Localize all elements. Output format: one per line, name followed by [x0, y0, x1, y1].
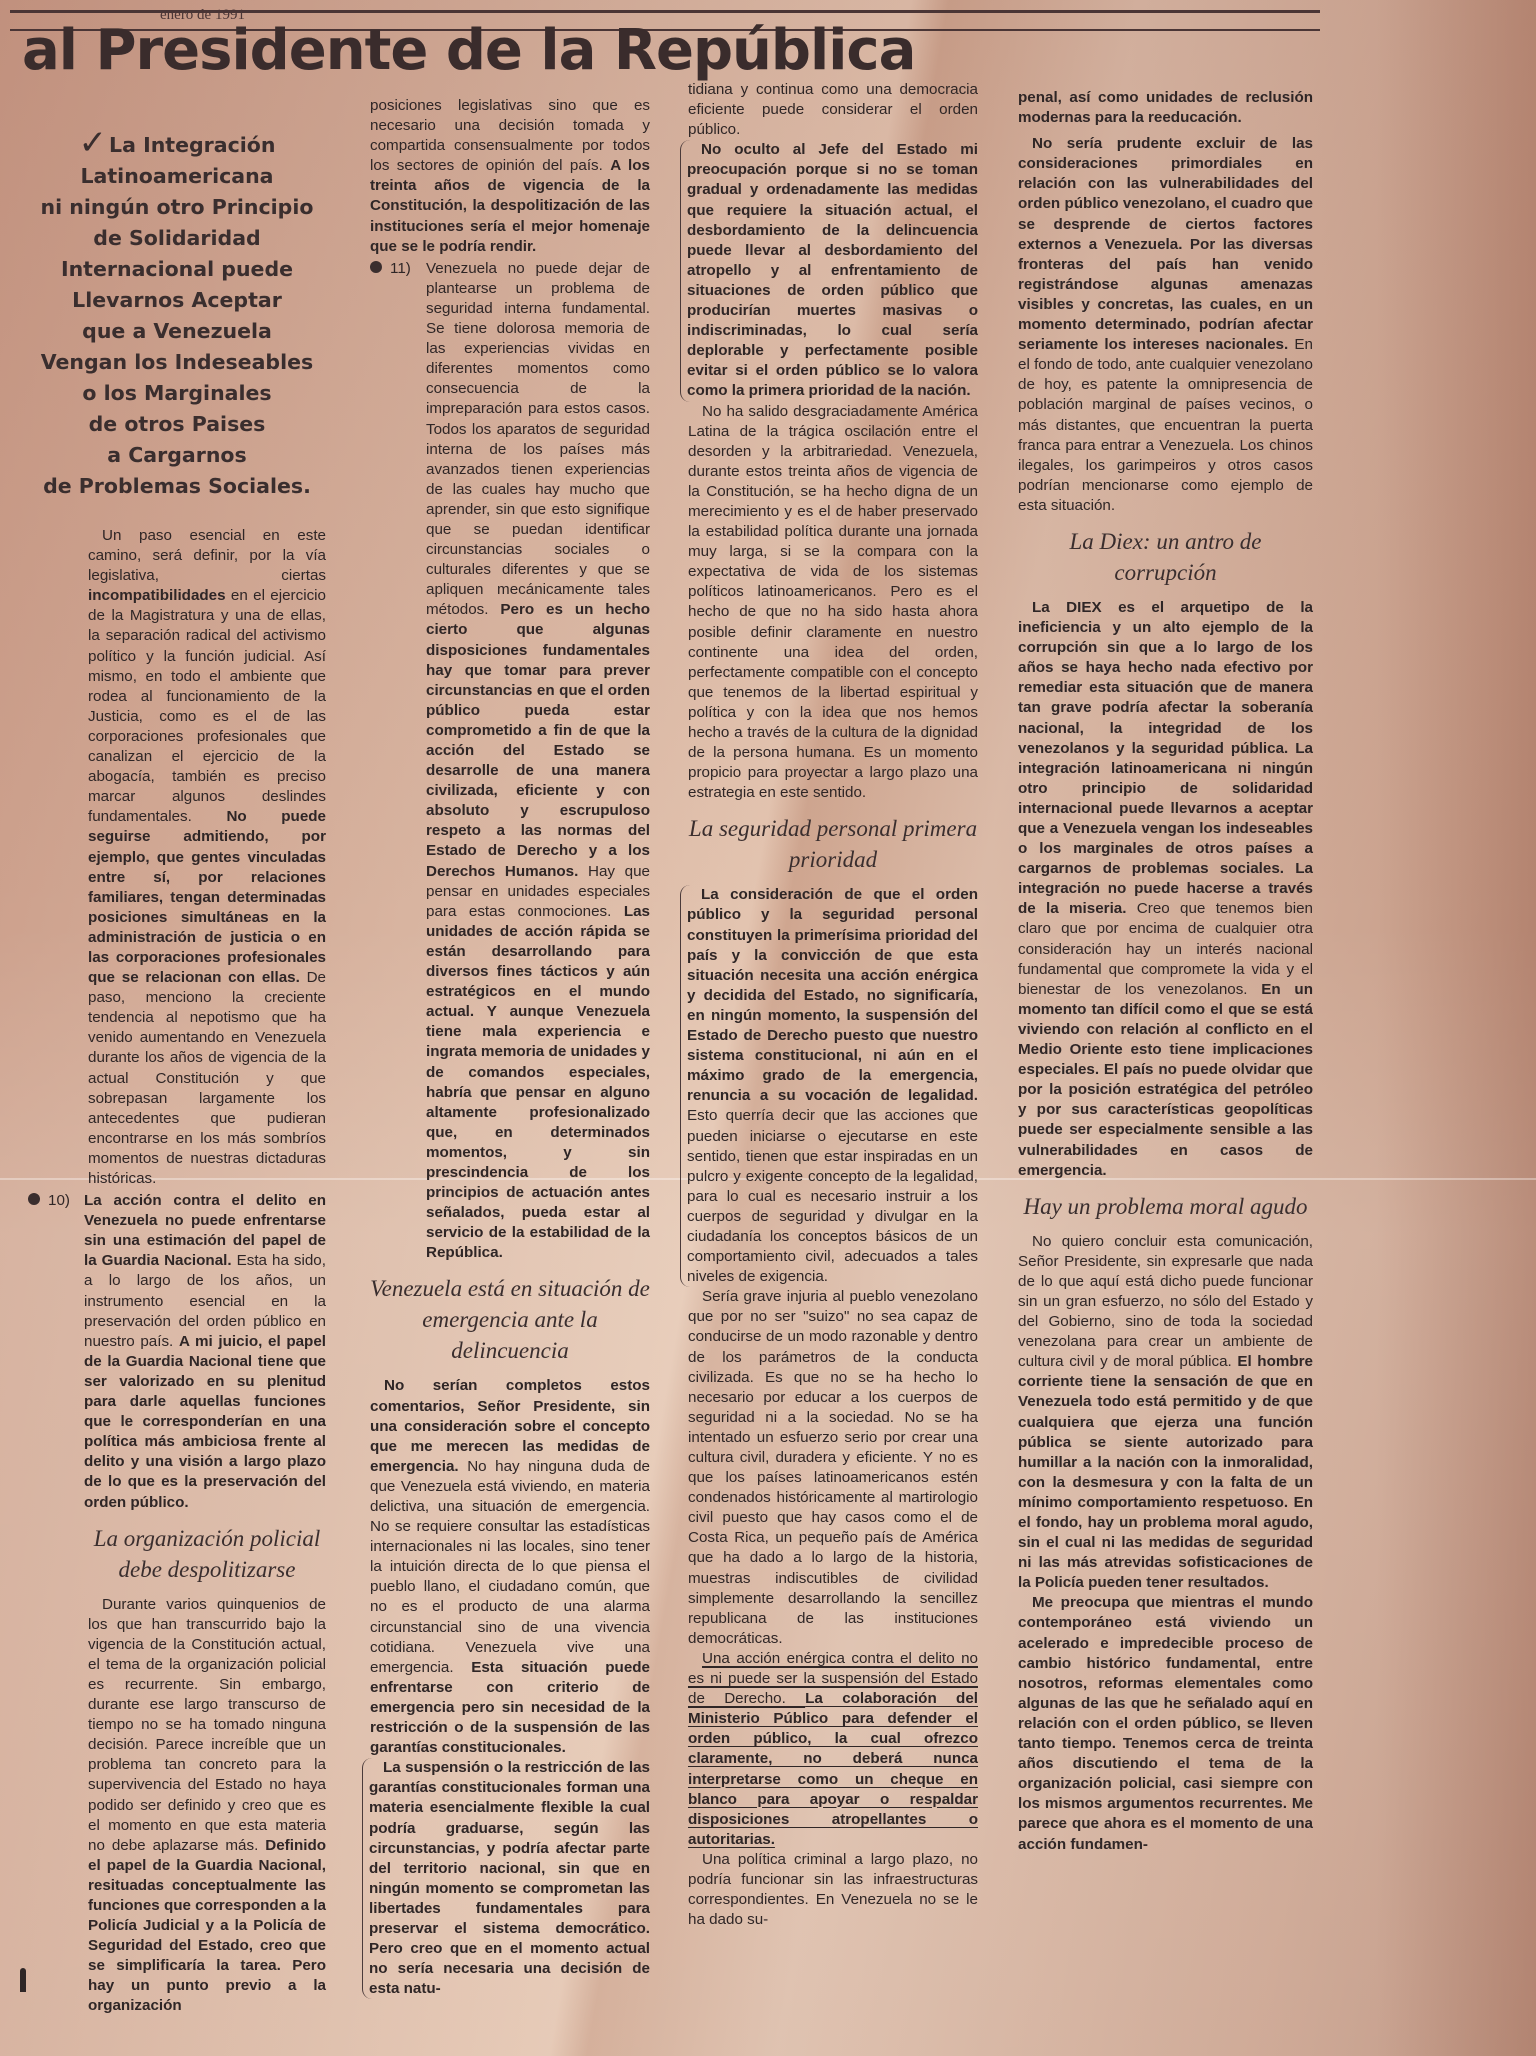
item-number-label: 11) — [390, 260, 411, 277]
column-4: penal, así como unidades de reclusión mo… — [1018, 88, 1313, 1855]
pull-quote-line: que a Venezuela — [82, 319, 272, 343]
text-run: Durante varios quinquenios de los que ha… — [88, 1596, 326, 1854]
bold-run: Las unidades de acción rápida se están d… — [426, 903, 650, 1262]
bold-run: penal, así como unidades de reclusión mo… — [1018, 89, 1313, 126]
bold-run: El hombre corriente tiene la sensación d… — [1018, 1353, 1313, 1591]
item-text: La acción contra el delito en Venezuela … — [84, 1191, 326, 1513]
pull-quote-line: a Cargarnos — [107, 443, 246, 467]
underlined-bold-text: La colaboración del Ministerio Público p… — [688, 1690, 978, 1848]
bold-run: Pero es un hecho cierto que algunas disp… — [426, 601, 650, 879]
bold-run: La consideración de que el orden público… — [687, 886, 978, 1104]
column-1: ✓La Integración Latinoamericana ni ningú… — [28, 130, 326, 2017]
text-run: Un paso esencial en este camino, será de… — [88, 527, 326, 584]
pen-bracket-annotation: La consideración de que el orden público… — [680, 885, 978, 1287]
paragraph-text: La consideración de que el orden público… — [687, 885, 978, 1287]
paragraph-text: No serían completos estos comentarios, S… — [370, 1376, 650, 1758]
bold-run: La DIEX es el arquetipo de la ineficienc… — [1018, 599, 1313, 917]
paragraph-text: Durante varios quinquenios de los que ha… — [88, 1595, 326, 2017]
pull-quote-line: o los Marginales — [82, 381, 271, 405]
pen-bracket-annotation: No oculto al Jefe del Estado mi preocupa… — [680, 140, 978, 401]
paragraph-text: No sería prudente excluir de las conside… — [1018, 134, 1313, 516]
paragraph-text: Un paso esencial en este camino, será de… — [88, 526, 326, 1189]
section: La organización policial debe despolitiz… — [28, 1523, 326, 2017]
paragraph-text: Sería grave injuria al pueblo venezolano… — [688, 1287, 978, 1649]
item-number: 10) — [28, 1191, 84, 1513]
paragraph-text: No oculto al Jefe del Estado mi preocupa… — [687, 140, 978, 401]
pen-mark-icon — [20, 1968, 26, 1992]
text-run: No hay ninguna duda de que Venezuela est… — [370, 1458, 650, 1676]
text-run: No quiero concluir esta comunicación, Se… — [1018, 1233, 1313, 1371]
bold-run: No oculto al Jefe del Estado mi preocupa… — [687, 141, 978, 399]
paragraph-text: La DIEX es el arquetipo de la ineficienc… — [1018, 598, 1313, 1181]
bullet-icon — [28, 1193, 40, 1205]
numbered-item-11: 11) Venezuela no puede dejar de plantear… — [370, 259, 650, 1264]
underlined-paragraph: Una acción enérgica contra el delito no … — [688, 1649, 978, 1850]
section-subhead: La organización policial debe despolitiz… — [88, 1523, 326, 1585]
paragraph-text: Una política criminal a largo plazo, no … — [688, 1850, 978, 1930]
text-run: en el ejercicio de la Magistratura y una… — [88, 587, 326, 825]
column-3: tidiana y continua como una democracia e… — [688, 80, 978, 1930]
bold-run: incompatibilidades — [88, 587, 226, 604]
column-2: posiciones legislativas sino que es nece… — [370, 96, 650, 1999]
item-text: Venezuela no puede dejar de plantearse u… — [426, 259, 650, 1264]
checkmark-icon: ✓ — [79, 123, 108, 163]
text-run: De paso, menciono la creciente tendencia… — [88, 969, 326, 1187]
pen-bracket-annotation: La suspensión o la restricción de las ga… — [362, 1758, 650, 1999]
pull-quote-line: Llevarnos Aceptar — [72, 288, 282, 312]
pull-quote-line: Latinoamericana — [80, 164, 273, 188]
pull-quote-line: de Solidaridad — [93, 226, 260, 250]
bold-run: Definido el papel de la Guardia Nacional… — [88, 1837, 326, 2015]
pull-quote-line: de otros Paises — [89, 412, 266, 436]
text-run: Venezuela no puede dejar de plantearse u… — [426, 260, 650, 619]
text-run: posiciones legislativas sino que es nece… — [370, 97, 650, 174]
paragraph-text: La suspensión o la restricción de las ga… — [369, 1758, 650, 1999]
section-subhead: La seguridad personal primera prioridad — [688, 813, 978, 875]
bold-run: No puede seguirse admitiendo, por ejempl… — [88, 808, 326, 986]
paragraph-text: tidiana y continua como una democracia e… — [688, 80, 978, 140]
pull-quote: ✓La Integración Latinoamericana ni ningú… — [28, 130, 326, 502]
paragraph-text: No quiero concluir esta comunicación, Se… — [1018, 1232, 1313, 1594]
bold-run: No sería prudente excluir de las conside… — [1018, 135, 1313, 353]
headline: al Presidente de la República — [22, 18, 915, 83]
bold-run: Me preocupa que mientras el mundo contem… — [1018, 1594, 1313, 1852]
pull-quote-line: ni ningún otro Principio — [41, 195, 314, 219]
text-run: En el fondo de todo, ante cualquier vene… — [1018, 336, 1313, 514]
bold-run: En un momento tan difícil como el que se… — [1018, 981, 1313, 1179]
numbered-item-10: 10) La acción contra el delito en Venezu… — [28, 1191, 326, 1513]
paragraph-text: No ha salido desgraciadamente América La… — [688, 402, 978, 804]
text-run: Esto querría decir que las acciones que … — [687, 1107, 978, 1285]
bold-run: A mi juicio, el papel de la Guardia Naci… — [84, 1333, 326, 1511]
pull-quote-line: de Problemas Sociales. — [43, 474, 311, 498]
section-subhead: La Diex: un antro de corrupción — [1018, 526, 1313, 588]
bullet-icon — [370, 261, 382, 273]
paragraph-text: Me preocupa que mientras el mundo contem… — [1018, 1593, 1313, 1854]
item-number: 11) — [370, 259, 426, 1264]
paragraph: Un paso esencial en este camino, será de… — [28, 526, 326, 1189]
page-edge-shadow — [1376, 0, 1536, 2056]
section-subhead: Venezuela está en situación de emergenci… — [370, 1273, 650, 1366]
section-subhead: Hay un problema moral agudo — [1018, 1191, 1313, 1222]
paragraph-text: posiciones legislativas sino que es nece… — [370, 96, 650, 257]
bold-run: La suspensión o la restricción de las ga… — [369, 1759, 650, 1997]
pull-quote-line: Vengan los Indeseables — [41, 350, 313, 374]
pull-quote-line: Internacional puede — [61, 257, 293, 281]
paragraph-text: penal, así como unidades de reclusión mo… — [1018, 88, 1313, 128]
pull-quote-line: La Integración — [109, 133, 275, 157]
item-number-label: 10) — [48, 1192, 70, 1209]
